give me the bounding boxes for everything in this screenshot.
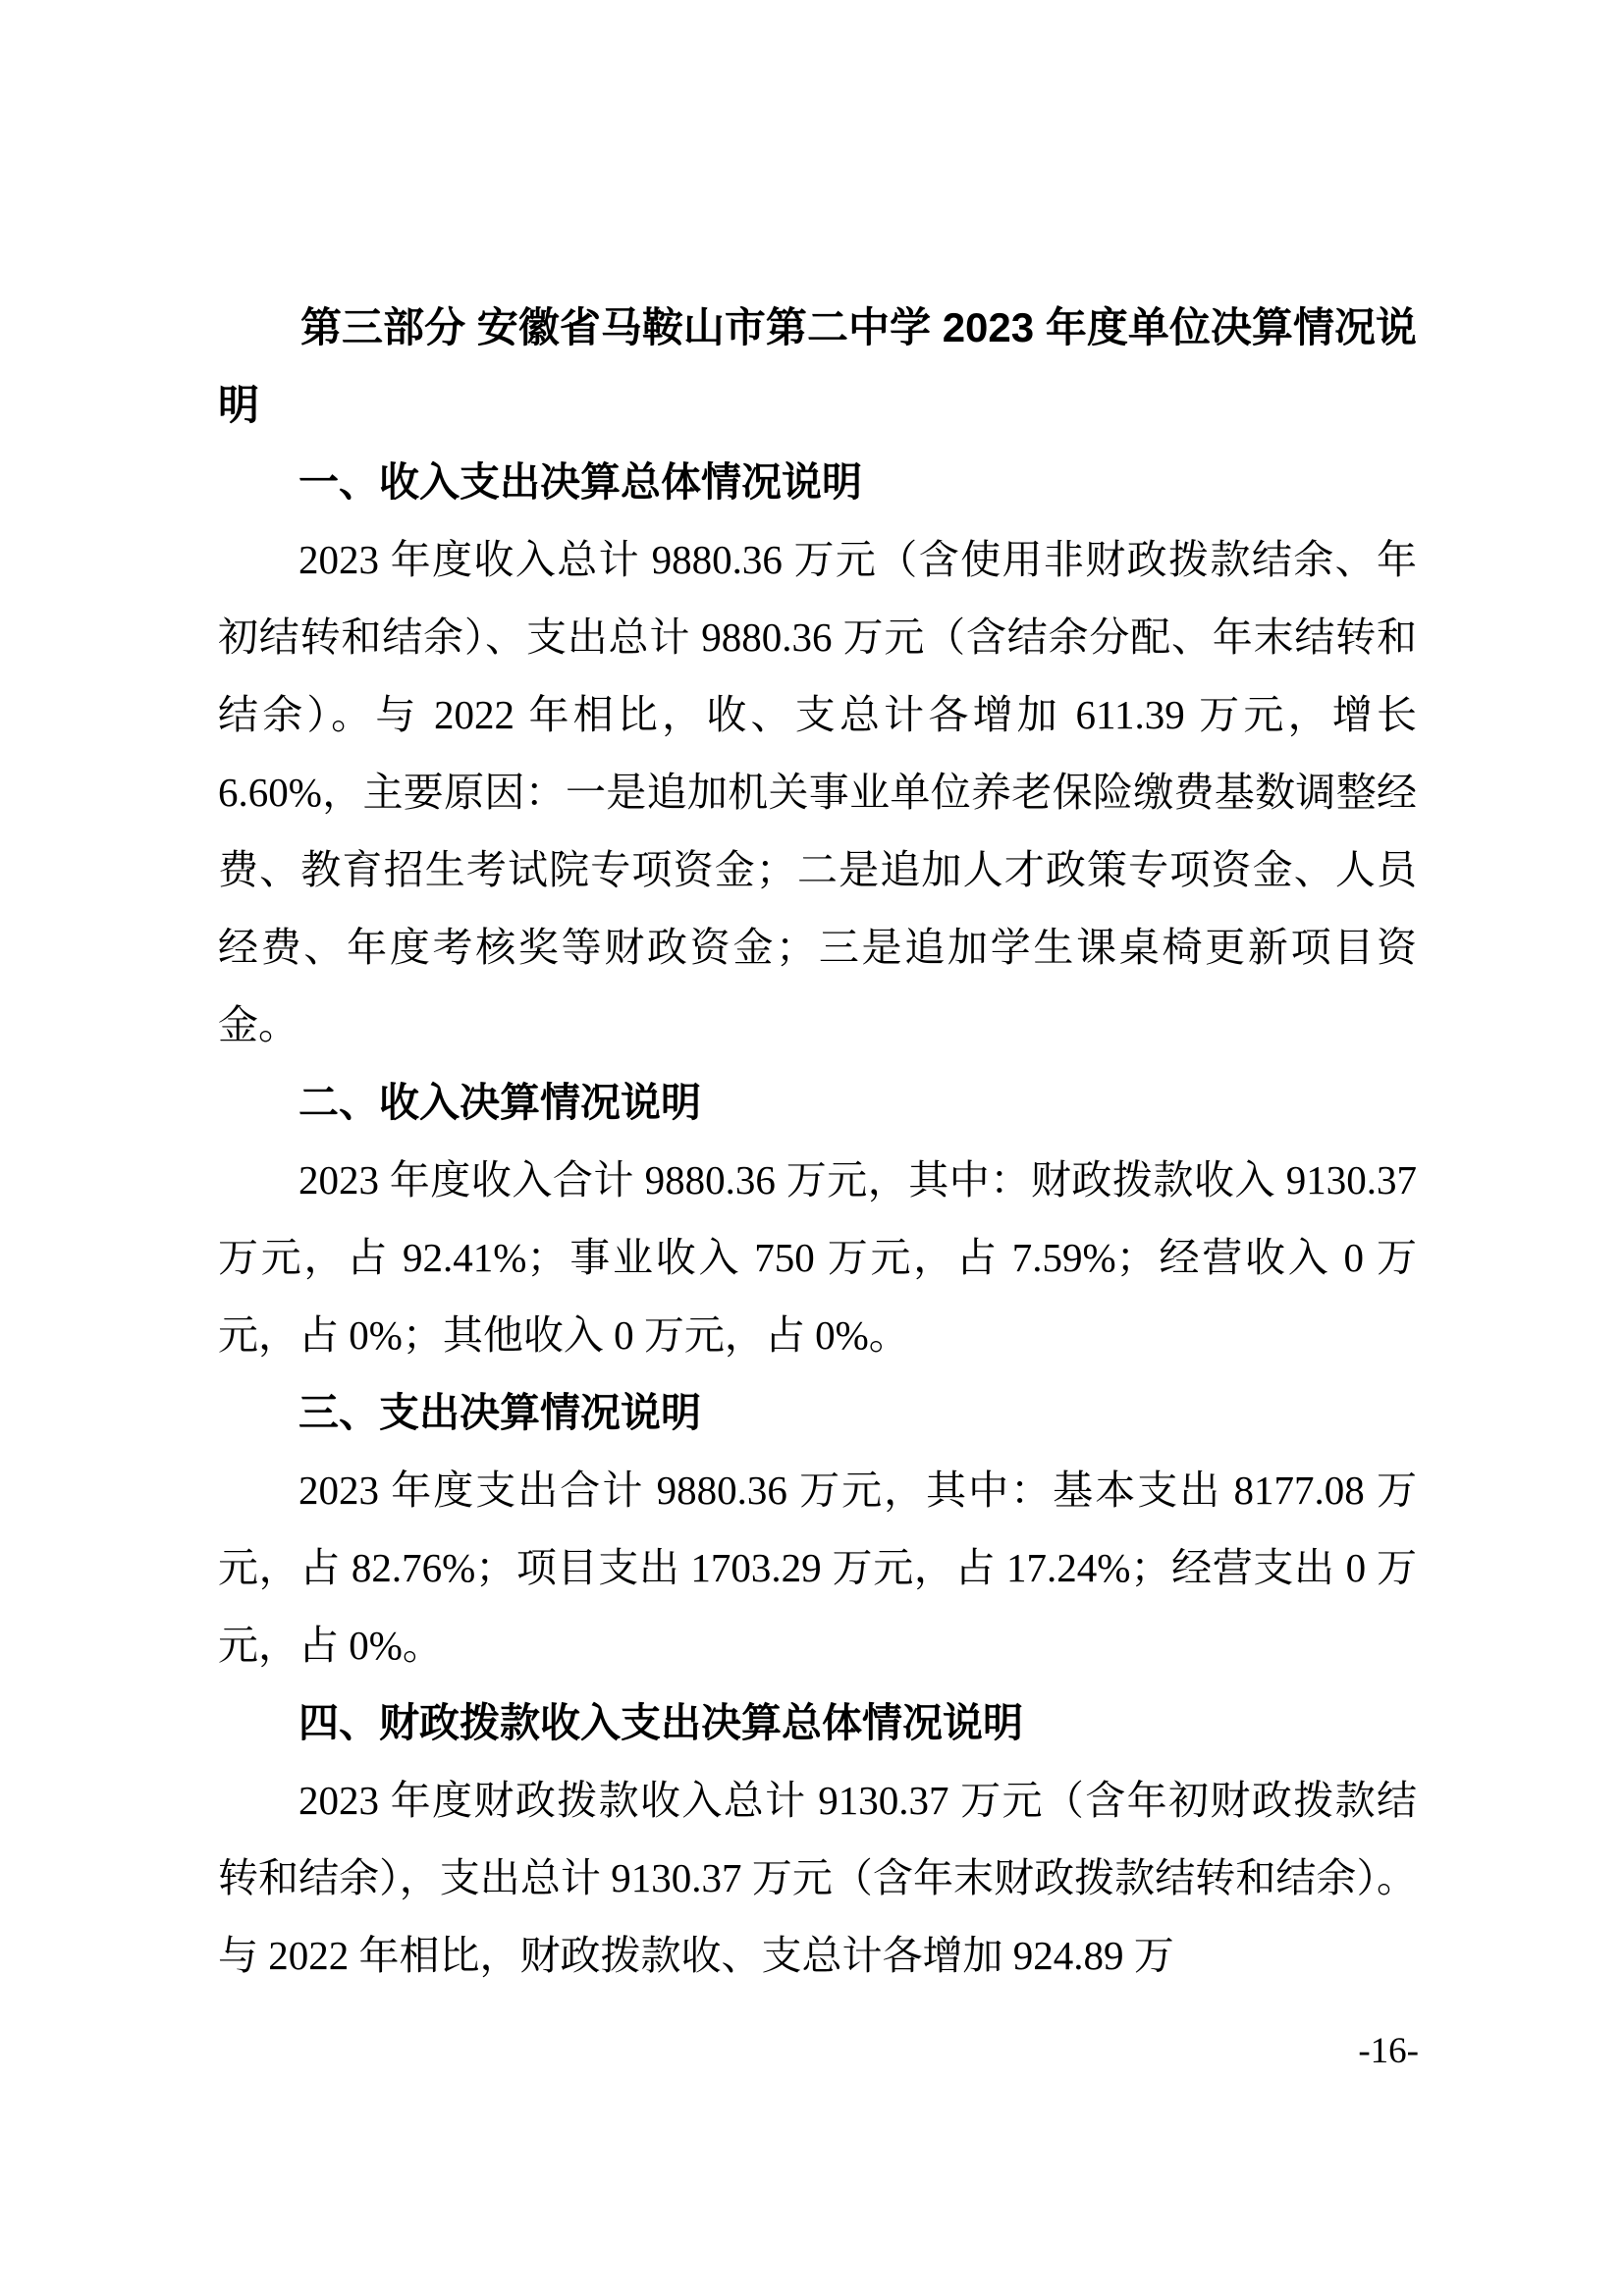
section-paragraph-income-expenditure-overview: 2023 年度收入总计 9880.36 万元（含使用非财政拨款结余、年初结转和结…	[218, 521, 1417, 1064]
section-heading-income-details: 二、收入决算情况说明	[218, 1064, 1417, 1142]
document-body: 第三部分 安徽省马鞍山市第二中学 2023 年度单位决算情况说明 一、收入支出决…	[218, 289, 1417, 1995]
document-page: 第三部分 安徽省马鞍山市第二中学 2023 年度单位决算情况说明 一、收入支出决…	[0, 0, 1624, 2296]
section-heading-fiscal-appropriation-overview: 四、财政拨款收入支出决算总体情况说明	[218, 1684, 1417, 1762]
section-heading-income-expenditure-overview: 一、收入支出决算总体情况说明	[218, 444, 1417, 521]
section-paragraph-income-details: 2023 年度收入合计 9880.36 万元，其中：财政拨款收入 9130.37…	[218, 1142, 1417, 1374]
section-heading-expenditure-details: 三、支出决算情况说明	[218, 1374, 1417, 1452]
section-paragraph-expenditure-details: 2023 年度支出合计 9880.36 万元，其中：基本支出 8177.08 万…	[218, 1452, 1417, 1684]
section-paragraph-fiscal-appropriation-overview: 2023 年度财政拨款收入总计 9130.37 万元（含年初财政拨款结转和结余）…	[218, 1762, 1417, 1995]
document-title: 第三部分 安徽省马鞍山市第二中学 2023 年度单位决算情况说明	[218, 289, 1417, 444]
page-number: -16-	[1358, 2030, 1419, 2073]
